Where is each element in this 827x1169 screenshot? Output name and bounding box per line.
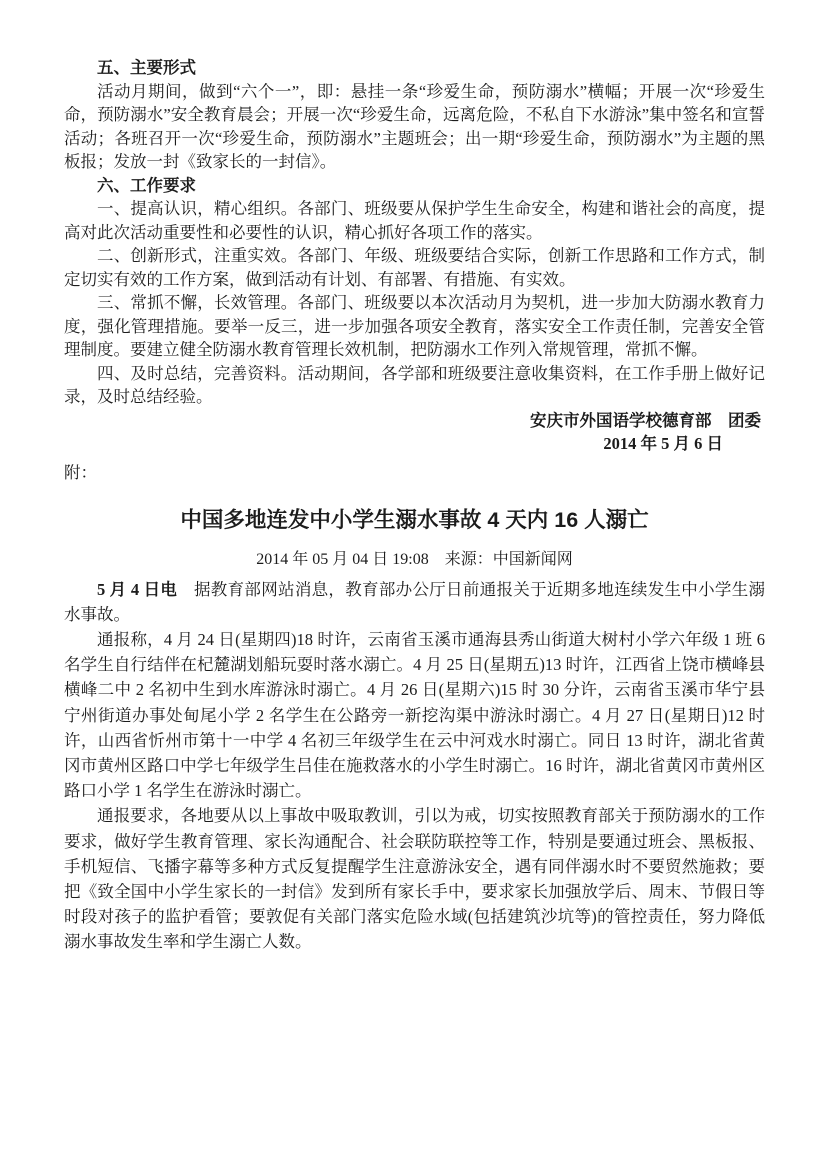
attachment-label: 附： [64,461,765,485]
notice-requirement-3: 三、常抓不懈，长效管理。各部门、班级要以本次活动月为契机，进一步加大防溺水教育力… [64,291,765,362]
notice-signature: 安庆市外国语学校德育部 团委 [64,409,765,433]
notice-sign-date: 2014 年 5 月 6 日 [64,432,765,456]
notice-section6-heading: 六、工作要求 [64,174,765,198]
notice-section5-heading: 五、主要形式 [64,56,765,80]
article-meta: 2014 年 05 月 04 日 19:08 来源：中国新闻网 [64,548,765,572]
notice-requirement-1: 一、提高认识，精心组织。各部门、班级要从保护学生生命安全，构建和谐社会的高度，提… [64,197,765,244]
article-title: 中国多地连发中小学生溺水事故 4 天内 16 人溺亡 [64,505,765,535]
notice-requirement-4: 四、及时总结，完善资料。活动期间，各学部和班级要注意收集资料，在工作手册上做好记… [64,362,765,409]
article-body-paragraph-2: 通报要求，各地要从以上事故中吸取教训，引以为戒，切实按照教育部关于预防溺水的工作… [64,803,765,954]
notice-requirement-2: 二、创新形式，注重实效。各部门、年级、班级要结合实际，创新工作思路和工作方式，制… [64,244,765,291]
document-page: 五、主要形式 活动月期间，做到“六个一”，即：悬挂一条“珍爱生命，预防溺水”横幅… [0,0,827,1169]
notice-section5-body: 活动月期间，做到“六个一”，即：悬挂一条“珍爱生命，预防溺水”横幅；开展一次“珍… [64,80,765,174]
article-lead-paragraph: 5 月 4 日电 据教育部网站消息，教育部办公厅日前通报关于近期多地连续发生中小… [64,577,765,627]
article-body-paragraph-1: 通报称，4 月 24 日(星期四)18 时许，云南省玉溪市通海县秀山街道大树村小… [64,627,765,803]
article-dateline: 5 月 4 日电 [97,580,177,599]
